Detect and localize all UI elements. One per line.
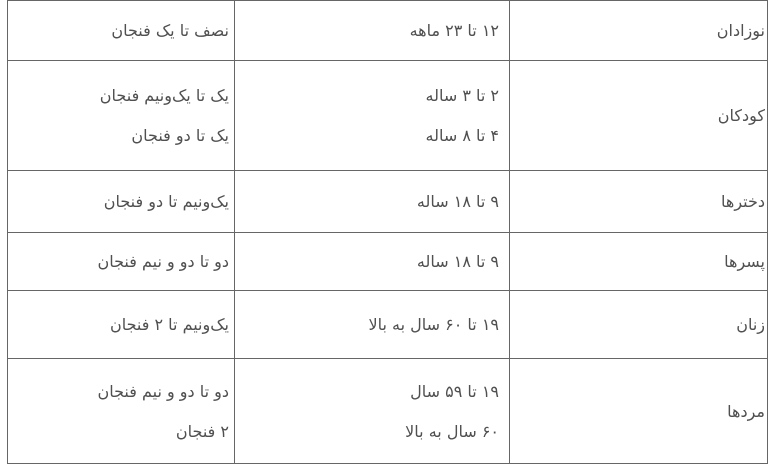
cell-text-line: ۴ تا ۸ ساله	[245, 116, 499, 156]
cell-age-range: ۹ تا ۱۸ ساله	[235, 171, 510, 233]
cell-age-range: ۱۹ تا ۵۹ سال۶۰ سال به بالا	[235, 359, 510, 464]
serving-size-table: نوزادان ۱۲ تا ۲۳ ماهه نصف تا یک فنجان کو…	[7, 0, 768, 464]
cell-text-line: پسرها	[514, 242, 765, 282]
cell-text-line: ۹ تا ۱۸ ساله	[245, 242, 499, 282]
cell-text-line: نصف تا یک فنجان	[13, 11, 229, 51]
cell-text-line: یک‌ونیم تا ۲ فنجان	[13, 305, 229, 345]
page-canvas: نوزادان ۱۲ تا ۲۳ ماهه نصف تا یک فنجان کو…	[0, 0, 780, 470]
cell-text-line: ۱۹ تا ۵۹ سال	[245, 371, 499, 411]
cell-age-range: ۹ تا ۱۸ ساله	[235, 233, 510, 291]
cell-text-line: ۹ تا ۱۸ ساله	[245, 182, 499, 222]
cell-age-range: ۲ تا ۳ ساله۴ تا ۸ ساله	[235, 61, 510, 171]
cell-serving-amount: دو تا دو و نیم فنجان	[8, 233, 235, 291]
table-row: نوزادان ۱۲ تا ۲۳ ماهه نصف تا یک فنجان	[8, 1, 768, 61]
cell-serving-amount: دو تا دو و نیم فنجان۲ فنجان	[8, 359, 235, 464]
cell-age-group: کودکان	[510, 61, 768, 171]
cell-serving-amount: یک‌ونیم تا دو فنجان	[8, 171, 235, 233]
cell-age-range: ۱۲ تا ۲۳ ماهه	[235, 1, 510, 61]
cell-text-line: یک تا دو فنجان	[13, 116, 229, 156]
cell-serving-amount: نصف تا یک فنجان	[8, 1, 235, 61]
cell-serving-amount: یک تا یک‌ونیم فنجانیک تا دو فنجان	[8, 61, 235, 171]
cell-age-group: نوزادان	[510, 1, 768, 61]
cell-text-line: کودکان	[514, 96, 765, 136]
table-row: پسرها ۹ تا ۱۸ ساله دو تا دو و نیم فنجان	[8, 233, 768, 291]
cell-text-line: ۶۰ سال به بالا	[245, 411, 499, 451]
cell-age-range: ۱۹ تا ۶۰ سال به بالا	[235, 291, 510, 359]
cell-serving-amount: یک‌ونیم تا ۲ فنجان	[8, 291, 235, 359]
cell-text-line: دو تا دو و نیم فنجان	[13, 242, 229, 282]
cell-age-group: زنان	[510, 291, 768, 359]
cell-text-line: ۱۹ تا ۶۰ سال به بالا	[245, 305, 499, 345]
cell-text-line: ۲ تا ۳ ساله	[245, 76, 499, 116]
table-row: دخترها ۹ تا ۱۸ ساله یک‌ونیم تا دو فنجان	[8, 171, 768, 233]
cell-age-group: پسرها	[510, 233, 768, 291]
cell-text-line: یک‌ونیم تا دو فنجان	[13, 182, 229, 222]
cell-text-line: نوزادان	[514, 11, 765, 51]
cell-text-line: دخترها	[514, 182, 765, 222]
cell-age-group: دخترها	[510, 171, 768, 233]
cell-age-group: مردها	[510, 359, 768, 464]
cell-text-line: مردها	[514, 391, 765, 431]
cell-text-line: زنان	[514, 305, 765, 345]
table-row: کودکان ۲ تا ۳ ساله۴ تا ۸ ساله یک تا یک‌و…	[8, 61, 768, 171]
cell-text-line: ۲ فنجان	[13, 411, 229, 451]
cell-text-line: دو تا دو و نیم فنجان	[13, 371, 229, 411]
table-row: زنان ۱۹ تا ۶۰ سال به بالا یک‌ونیم تا ۲ ف…	[8, 291, 768, 359]
serving-table-body: نوزادان ۱۲ تا ۲۳ ماهه نصف تا یک فنجان کو…	[8, 1, 768, 464]
table-row: مردها ۱۹ تا ۵۹ سال۶۰ سال به بالا دو تا د…	[8, 359, 768, 464]
cell-text-line: یک تا یک‌ونیم فنجان	[13, 76, 229, 116]
cell-text-line: ۱۲ تا ۲۳ ماهه	[245, 11, 499, 51]
